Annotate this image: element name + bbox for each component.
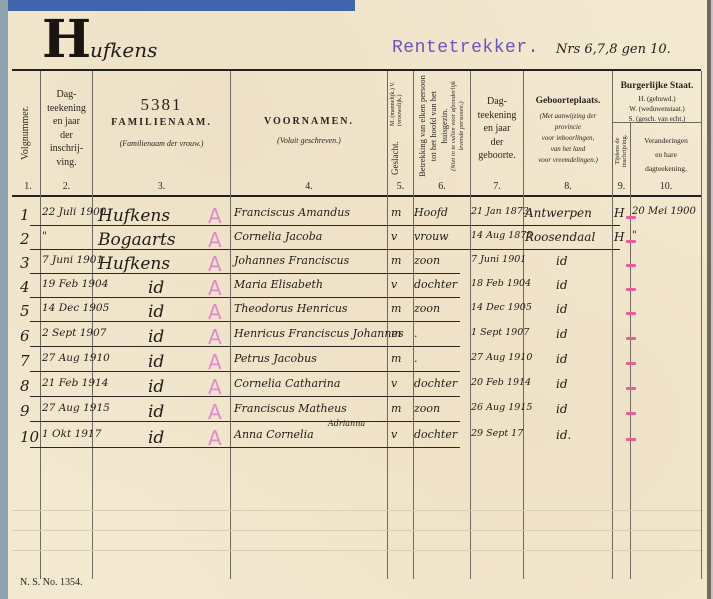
row-underline	[30, 297, 460, 298]
row-underline	[30, 346, 460, 347]
pink-marker	[626, 216, 636, 219]
cell-date: 22 Juli 1900	[42, 206, 106, 218]
pink-a-stamp: A	[208, 375, 222, 399]
cell-place: id	[556, 302, 568, 316]
cell-given: Anna Cornelia	[234, 428, 314, 441]
header-voornamen: VOORNAMEN. (Voluit geschreven.)	[231, 115, 387, 147]
header-line: der	[41, 129, 92, 143]
cell-place: Roosendaal	[525, 230, 595, 244]
pink-marker	[626, 264, 636, 267]
header-familienaam-title: FAMILIENAAM.	[93, 116, 230, 130]
cell-place: id	[556, 278, 568, 292]
header-line: ving.	[41, 156, 92, 170]
cell-place: Antwerpen	[525, 206, 592, 220]
header-line: en hare	[631, 148, 701, 162]
cell-relation: zoon	[414, 254, 440, 267]
table-row: 419 Feb 1904idMaria Elisabethvdochter18 …	[8, 278, 711, 301]
cell-birth: 26 Aug 1915	[471, 402, 532, 413]
stamp-note: Nrs 6,7,8 gen 10.	[556, 42, 671, 57]
pink-marker	[626, 362, 636, 365]
cell-place: id	[556, 377, 568, 391]
cell-sex: m	[391, 302, 401, 315]
pink-a-stamp: A	[208, 228, 222, 252]
col-divider-10	[701, 71, 702, 579]
cell-relation: .	[414, 327, 418, 340]
cell-given: Franciscus Amandus	[234, 206, 350, 219]
ruled-line	[12, 510, 701, 511]
header-betrekking-sub: (Niet in te vullen voor afzonderlijk lev…	[450, 74, 466, 178]
row-underline	[30, 371, 460, 372]
surname-handwritten: ufkens	[90, 38, 157, 62]
cell-birth: 27 Aug 1910	[471, 352, 532, 363]
pink-marker	[626, 387, 636, 390]
cell-place: id	[556, 327, 568, 341]
header-line: Dag-	[471, 95, 523, 109]
pink-marker	[626, 288, 636, 291]
cell-sex: m	[391, 206, 401, 219]
header-line: en jaar	[471, 122, 523, 136]
pink-marker	[626, 412, 636, 415]
pink-marker	[626, 240, 636, 243]
header-line: van het land	[524, 144, 612, 155]
cell-surname: id	[148, 428, 164, 448]
cell-birth: 14 Aug 1875	[471, 230, 532, 241]
cell-date: 1 Okt 1917	[42, 428, 101, 440]
cell-given: Theodorus Henricus	[234, 302, 348, 315]
cell-birth: 18 Feb 1904	[471, 278, 531, 289]
header-betrekking-main: Betrekking van elken persoon tot het hoo…	[417, 74, 450, 178]
header-line: inschrij-	[41, 142, 92, 156]
cell-date: 7 Juni 1901	[42, 254, 103, 266]
register-number: 5381	[93, 94, 230, 116]
header-familienaam: 5381 FAMILIENAAM. (Familienaam der vrouw…	[93, 94, 230, 150]
pink-marker	[626, 312, 636, 315]
cell-date: 14 Dec 1905	[42, 302, 109, 314]
cell-civil: H	[614, 230, 624, 244]
cell-nr: 1	[20, 206, 30, 224]
table-row: 2"BogaartsCornelia Jacobavvrouw14 Aug 18…	[8, 230, 711, 253]
surname-initial: H	[42, 14, 89, 66]
cell-relation: .	[414, 352, 418, 365]
cell-birth: 1 Sept 1907	[471, 327, 529, 338]
row-underline	[30, 447, 460, 448]
header-geslacht-mv: M. (mannelijk.) V. (vrouwelijk.)	[390, 76, 404, 126]
pink-a-stamp: A	[208, 426, 222, 450]
cell-nr: 2	[20, 230, 30, 248]
ruled-line	[12, 530, 701, 531]
cell-relation: dochter	[414, 428, 457, 441]
header-veranderingen: Veranderingen en hare dagteekening.	[631, 134, 701, 176]
pink-a-stamp: A	[208, 252, 222, 276]
col-divider-3	[230, 71, 231, 579]
cell-change: 20 Mei 1900	[632, 206, 696, 217]
cell-sex: m	[391, 254, 401, 267]
cell-surname: Bogaarts	[98, 230, 176, 250]
cell-given: Johannes Franciscus	[234, 254, 349, 267]
header-familienaam-sub: (Familienaam der vrouw.)	[93, 138, 230, 150]
cell-surname: id	[148, 327, 164, 347]
colnum-7: 7.	[471, 181, 523, 192]
row-underline	[30, 225, 620, 226]
colnum-10: 10.	[631, 181, 701, 192]
cell-birth: 7 Juni 1901	[471, 254, 526, 265]
header-top-rule	[12, 69, 701, 71]
header-line: (Met aanwijzing der	[524, 111, 612, 122]
row-underline	[30, 396, 460, 397]
cell-relation: zoon	[414, 402, 440, 415]
cell-date: 27 Aug 1915	[42, 402, 110, 414]
colnum-4: 4.	[231, 181, 387, 192]
row-underline	[30, 321, 460, 322]
cell-sex: m	[391, 352, 401, 365]
rentetrekker-stamp: Rentetrekker.	[392, 38, 539, 58]
header-line: geboorte.	[471, 149, 523, 163]
pink-a-stamp: A	[208, 204, 222, 228]
table-row: 821 Feb 1914idCornelia Catharinavdochter…	[8, 377, 711, 400]
pink-marker	[626, 337, 636, 340]
cell-surname: id	[148, 402, 164, 422]
cell-place: id	[556, 254, 568, 268]
cell-birth: 20 Feb 1914	[471, 377, 531, 388]
cell-given: Franciscus Matheus	[234, 402, 347, 415]
cell-sex: m	[391, 327, 401, 340]
cell-surname: Hufkens	[98, 206, 170, 226]
cell-nr: 8	[20, 377, 30, 395]
colnum-6: 6.	[414, 181, 470, 192]
cell-birth: 21 Jan 1873	[471, 206, 529, 217]
cell-sex: v	[391, 377, 397, 390]
scan-left-edge	[0, 0, 8, 599]
cell-nr: 3	[20, 254, 30, 272]
cell-surname: id	[148, 377, 164, 397]
colnum-8: 8.	[524, 181, 612, 192]
col-divider-8	[612, 71, 613, 579]
header-line: W. (weduwenstaat.)	[613, 104, 701, 114]
header-line: teekening	[41, 102, 92, 116]
cell-sex: v	[391, 428, 397, 441]
header-burgerlijke-staat: Burgerlijke Staat. H. (gehuwd.) W. (wedu…	[613, 80, 701, 124]
cell-date: "	[42, 230, 47, 242]
cell-place: id.	[556, 428, 571, 442]
header-line: Dag-	[41, 88, 92, 102]
cell-place: id	[556, 402, 568, 416]
header-line: S. (gesch. van echt.)	[613, 114, 701, 124]
colnum-9: 9.	[613, 181, 630, 192]
header-geboorteplaats-title: Geboorteplaats.	[524, 95, 612, 109]
table-row: 727 Aug 1910idPetrus Jacobusm.27 Aug 191…	[8, 352, 711, 375]
header-line: dagteekening.	[631, 162, 701, 176]
header-line: der	[471, 136, 523, 150]
cell-nr: 4	[20, 278, 30, 296]
header-tijdens-inschrijving: Tijdens de inschrijving.	[614, 128, 628, 174]
table-row: 514 Dec 1905idTheodorus Henricusmzoon14 …	[8, 302, 711, 325]
cell-relation: dochter	[414, 278, 457, 291]
header-line: provincie	[524, 122, 612, 133]
cell-surname: id	[148, 352, 164, 372]
cell-given: Cornelia Catharina	[234, 377, 340, 390]
header-voornamen-sub: (Voluit geschreven.)	[231, 135, 387, 147]
cell-birth: 29 Sept 17	[471, 428, 523, 439]
header-line: Veranderingen	[631, 134, 701, 148]
cell-sex: v	[391, 278, 397, 291]
cell-given: Henricus Franciscus Johannes	[234, 327, 404, 340]
table-row: 62 Sept 1907idHenricus Franciscus Johann…	[8, 327, 711, 350]
cell-sex: m	[391, 402, 401, 415]
colnum-3: 3.	[93, 181, 230, 192]
header-dagteekening-inschrijving: Dag- teekening en jaar der inschrij- vin…	[41, 88, 92, 169]
cell-nr: 5	[20, 302, 30, 320]
cell-sex: v	[391, 230, 397, 243]
header-geboorteplaats: Geboorteplaats. (Met aanwijzing der prov…	[524, 95, 612, 166]
header-line: voor vreemdelingen.)	[524, 155, 612, 166]
form-number: N. S. No. 1354.	[20, 577, 83, 588]
register-page: H ufkens Rentetrekker. Nrs 6,7,8 gen 10.…	[8, 0, 711, 599]
col-divider-4	[387, 71, 388, 579]
cell-given-insert: Adrianna	[328, 419, 365, 428]
col-divider-5	[413, 71, 414, 579]
header-geslacht: Geslacht.	[390, 141, 400, 175]
cell-civil: H	[614, 206, 624, 220]
header-line: teekening	[471, 109, 523, 123]
cell-nr: 6	[20, 327, 30, 345]
table-row: 122 Juli 1900HufkensFranciscus AmandusmH…	[8, 206, 711, 229]
pink-a-stamp: A	[208, 325, 222, 349]
pink-a-stamp: A	[208, 400, 222, 424]
pink-marker	[626, 438, 636, 441]
header-line: en jaar	[41, 115, 92, 129]
cell-date: 21 Feb 1914	[42, 377, 108, 389]
cell-surname: id	[148, 302, 164, 322]
cell-given: Cornelia Jacoba	[234, 230, 322, 243]
cell-relation: Hoofd	[414, 206, 448, 219]
cell-relation: zoon	[414, 302, 440, 315]
row-underline	[30, 249, 620, 250]
table-row: 101 Okt 1917idAnna Corneliavdochter29 Se…	[8, 428, 711, 451]
cell-given: Maria Elisabeth	[234, 278, 323, 291]
colnum-5: 5.	[388, 181, 413, 192]
header-line: voor inboorlingen,	[524, 133, 612, 144]
cell-birth: 14 Dec 1905	[471, 302, 532, 313]
pink-a-stamp: A	[208, 276, 222, 300]
cell-place: id	[556, 352, 568, 366]
header-line: H. (gehuwd.)	[613, 94, 701, 104]
ruled-line	[12, 550, 701, 551]
colnum-1: 1.	[16, 181, 40, 192]
cell-relation: vrouw	[414, 230, 449, 243]
row-underline	[30, 273, 460, 274]
cell-nr: 9	[20, 402, 30, 420]
cell-surname: id	[148, 278, 164, 298]
cell-given: Petrus Jacobus	[234, 352, 317, 365]
cell-date: 27 Aug 1910	[42, 352, 110, 364]
colnum-2: 2.	[41, 181, 92, 192]
cell-nr: 10	[20, 428, 39, 446]
cell-nr: 7	[20, 352, 30, 370]
header-volgnummer: Volgnummer.	[20, 106, 31, 160]
cell-surname: Hufkens	[98, 254, 170, 274]
pink-a-stamp: A	[208, 350, 222, 374]
header-burgerlijke-title: Burgerlijke Staat.	[613, 80, 701, 94]
header-voornamen-title: VOORNAMEN.	[231, 115, 387, 129]
cell-date: 2 Sept 1907	[42, 327, 106, 339]
row-underline	[30, 421, 460, 422]
table-row: 37 Juni 1901HufkensJohannes Franciscusmz…	[8, 254, 711, 277]
header-dagteekening-geboorte: Dag- teekening en jaar der geboorte.	[471, 95, 523, 163]
header-bottom-rule	[12, 195, 701, 197]
header-betrekking: Betrekking van elken persoon tot het hoo…	[417, 74, 466, 178]
cell-relation: dochter	[414, 377, 457, 390]
cell-date: 19 Feb 1904	[42, 278, 108, 290]
pink-a-stamp: A	[208, 300, 222, 324]
